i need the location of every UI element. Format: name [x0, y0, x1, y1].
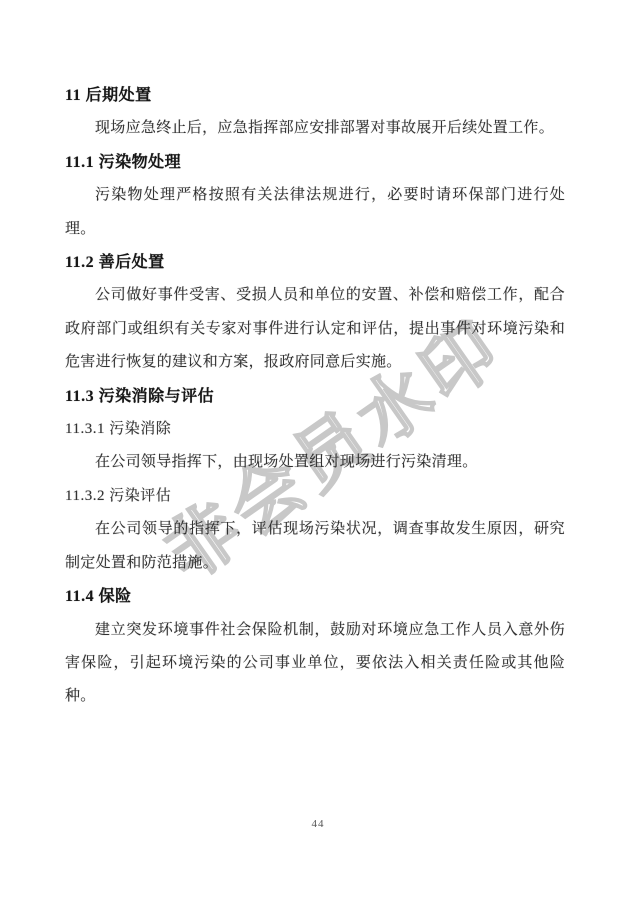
- para-11-1-pollutant: 污染物处理严格按照有关法律法规进行，必要时请环保部门进行处理。: [65, 179, 565, 246]
- para-11-intro: 现场应急终止后，应急指挥部应安排部署对事故展开后续处置工作。: [65, 112, 565, 145]
- para-11-4-insurance: 建立突发环境事件社会保险机制，鼓励对环境应急工作人员入意外伤害保险，引起环境污染…: [65, 614, 565, 714]
- document-body: 11 后期处置 现场应急终止后，应急指挥部应安排部署对事故展开后续处置工作。 1…: [65, 79, 565, 714]
- subheading-11-3-1-removal: 11.3.1 污染消除: [65, 413, 565, 446]
- heading-11-2-aftermath: 11.2 善后处置: [65, 246, 565, 279]
- heading-11-post-disposal: 11 后期处置: [65, 79, 565, 112]
- para-11-3-2-assess: 在公司领导的指挥下，评估现场污染状况，调查事故发生原因，研究制定处置和防范措施。: [65, 513, 565, 580]
- para-11-2-aftermath: 公司做好事件受害、受损人员和单位的安置、补偿和赔偿工作，配合政府部门或组织有关专…: [65, 279, 565, 379]
- subheading-11-3-2-assess: 11.3.2 污染评估: [65, 480, 565, 513]
- document-page: 非会员水印 11 后期处置 现场应急终止后，应急指挥部应安排部署对事故展开后续处…: [0, 0, 636, 900]
- heading-11-4-insurance: 11.4 保险: [65, 580, 565, 613]
- para-11-3-1-removal: 在公司领导指挥下，由现场处置组对现场进行污染清理。: [65, 446, 565, 479]
- heading-11-3-elimination: 11.3 污染消除与评估: [65, 380, 565, 413]
- heading-11-1-pollutant: 11.1 污染物处理: [65, 146, 565, 179]
- page-number: 44: [0, 818, 636, 830]
